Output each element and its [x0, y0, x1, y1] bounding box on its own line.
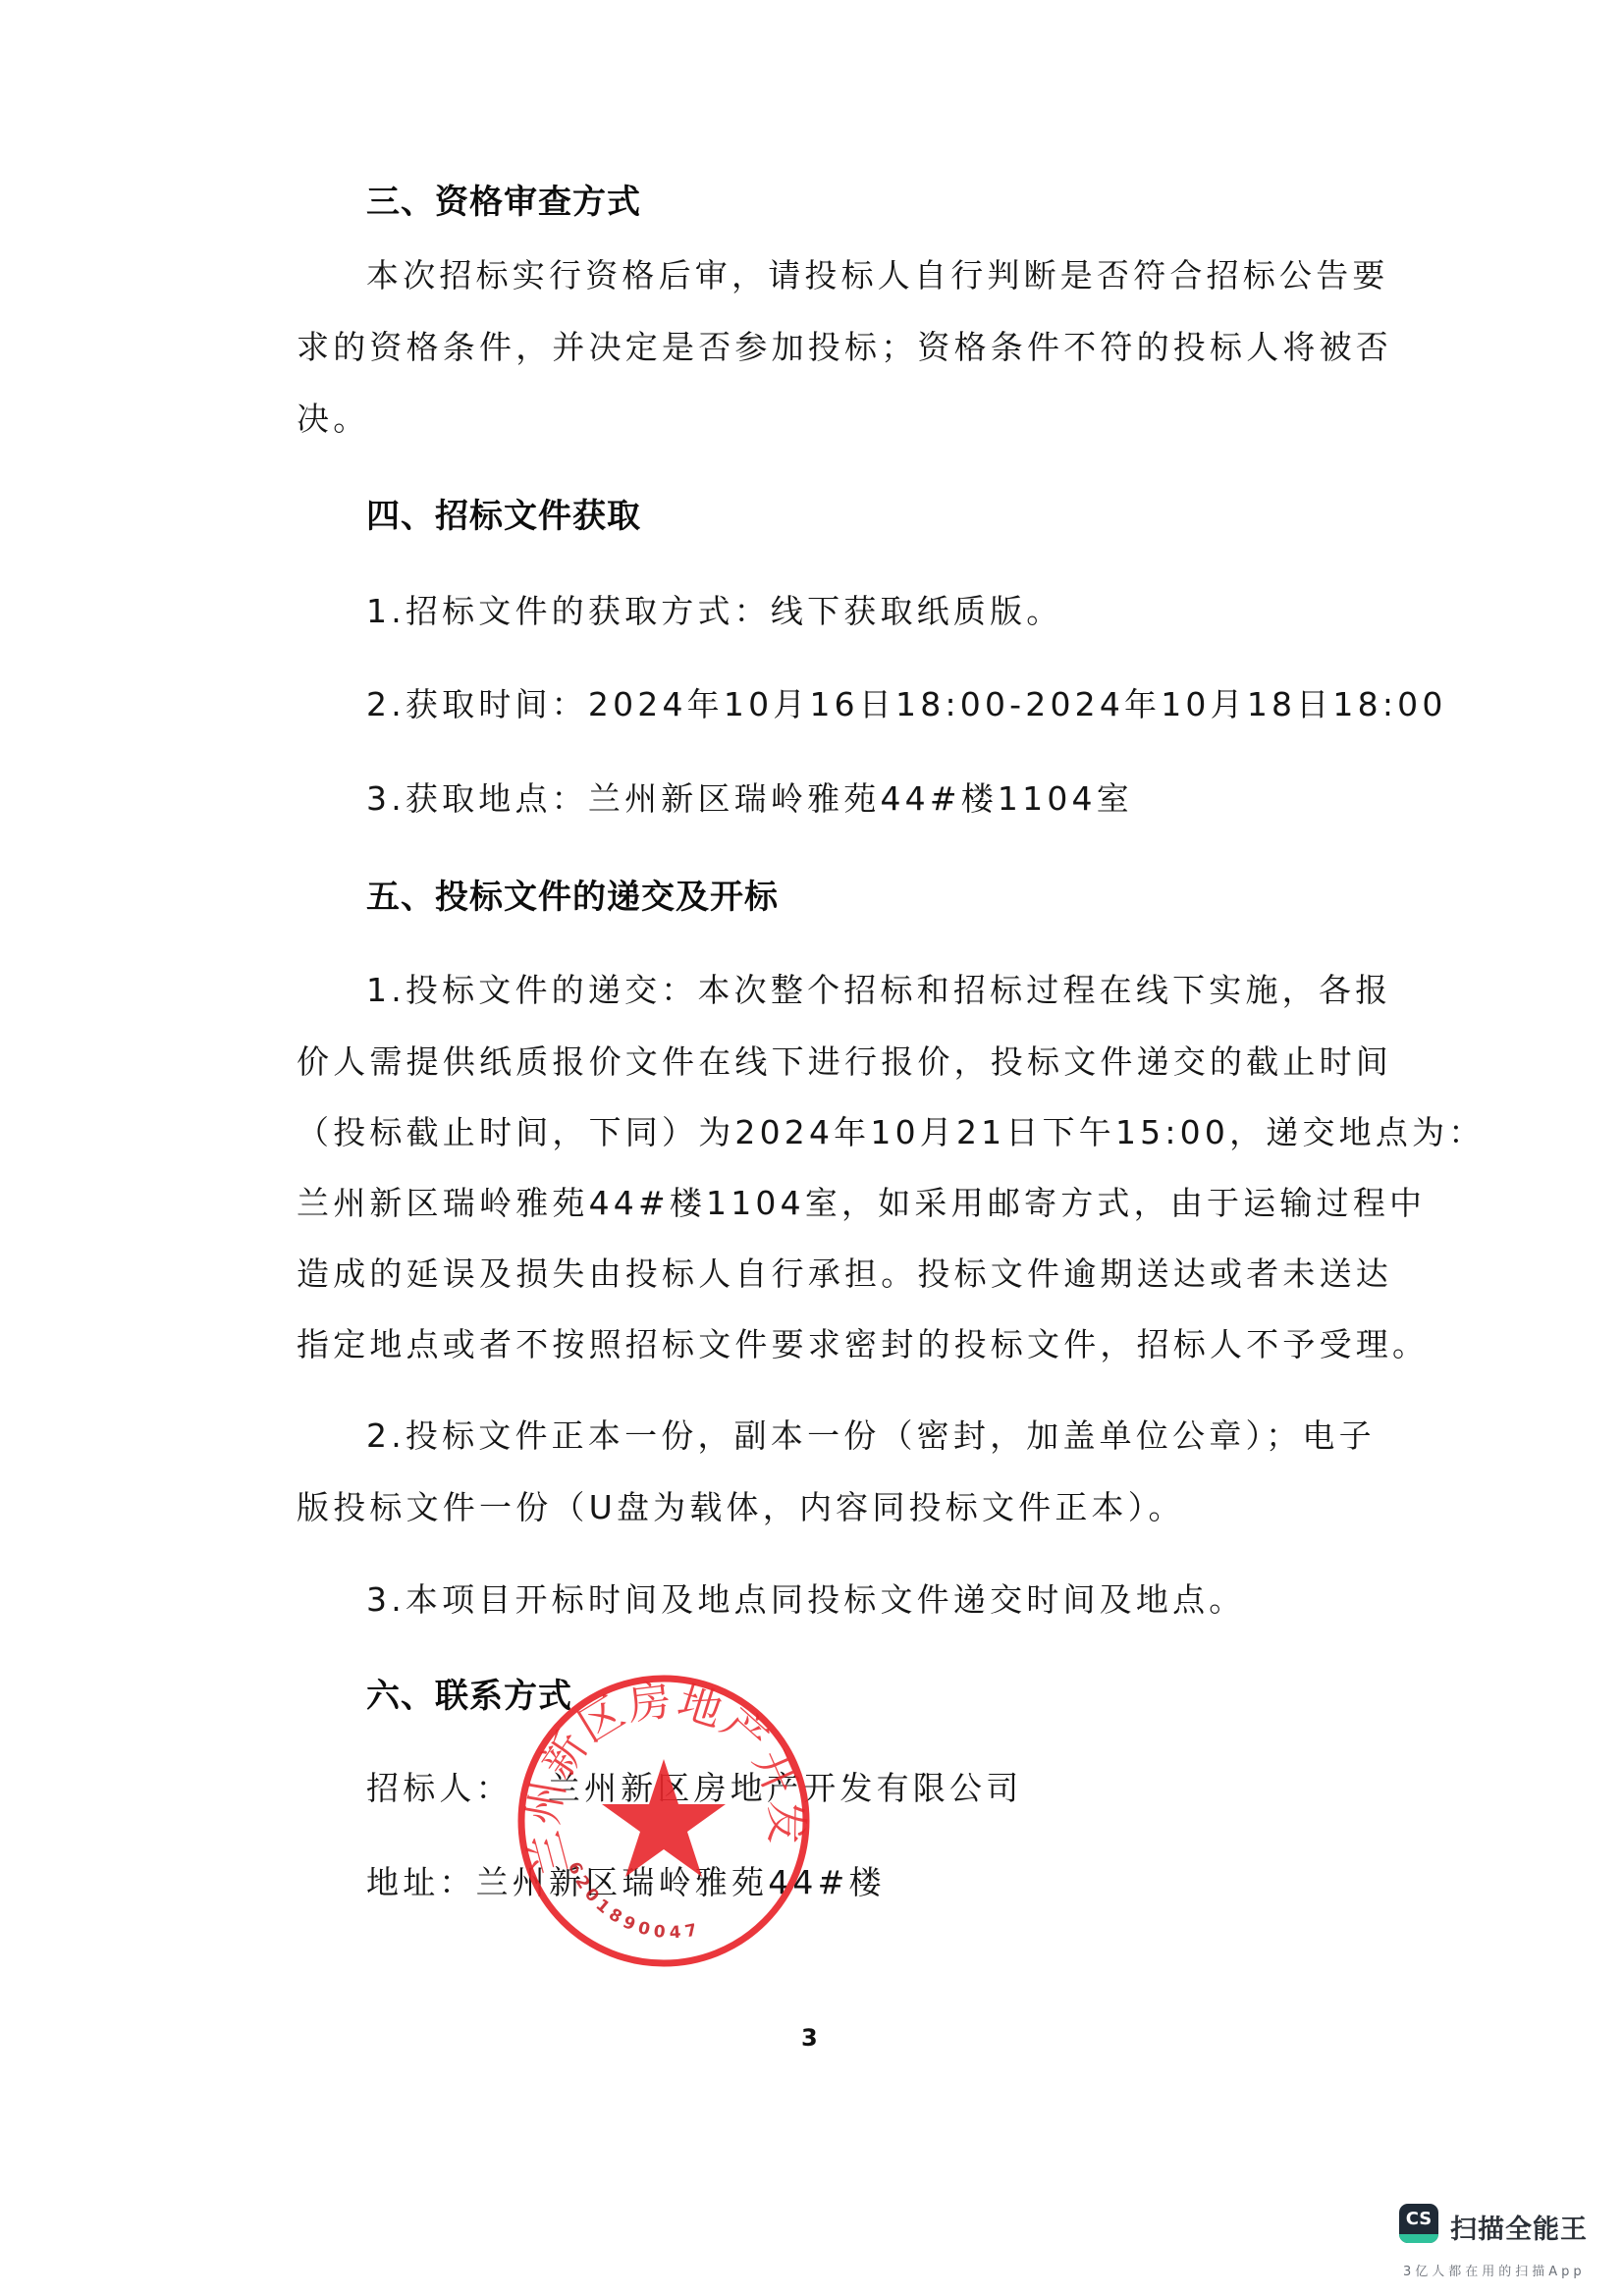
paragraph-line: 价人需提供纸质报价文件在线下进行报价，投标文件递交的截止时间 — [297, 1037, 1392, 1083]
list-item: 1.招标文件的获取方式：线下获取纸质版。 — [366, 586, 1063, 632]
paragraph-line: 版投标文件一份（U盘为载体，内容同投标文件正本）。 — [297, 1482, 1185, 1528]
section-heading-bid-document-acquisition: 四、招标文件获取 — [366, 489, 641, 537]
contact-label: 招标人： — [366, 1769, 513, 1807]
contact-value: 兰州新区瑞岭雅苑44#楼 — [476, 1863, 886, 1901]
paragraph-line: 求的资格条件，并决定是否参加投标；资格条件不符的投标人将被否 — [297, 322, 1392, 368]
paragraph-line: 2.投标文件正本一份，副本一份（密封，加盖单位公章）；电子 — [366, 1411, 1376, 1457]
seal-rim-text: 兰州新区房地产开发有限公司 — [489, 1629, 811, 1881]
paragraph-line: 兰州新区瑞岭雅苑44#楼1104室，如采用邮寄方式，由于运输过程中 — [297, 1178, 1426, 1224]
section-heading-bid-submission-opening: 五、投标文件的递交及开标 — [366, 870, 779, 918]
contact-tenderer: 招标人：兰州新区房地产开发有限公司 — [366, 1763, 1022, 1809]
paragraph-line: 造成的延误及损失由投标人自行承担。投标文件逾期送达或者未送达 — [297, 1249, 1392, 1295]
list-item: 2.获取时间：2024年10月16日18:00-2024年10月18日18:00 — [366, 679, 1447, 725]
section-heading-qualification-review: 三、资格审查方式 — [366, 175, 641, 223]
paragraph-line: 指定地点或者不按照招标文件要求密封的投标文件，招标人不予受理。 — [297, 1319, 1429, 1365]
paragraph-line: 本次招标实行资格后审，请投标人自行判断是否符合招标公告要 — [366, 250, 1389, 296]
contact-label: 地址： — [366, 1863, 476, 1901]
contact-value: 兰州新区房地产开发有限公司 — [548, 1769, 1023, 1807]
contact-address: 地址：兰州新区瑞岭雅苑44#楼 — [366, 1857, 886, 1903]
watermark-subtitle: 3亿人都在用的扫描App — [1403, 2261, 1586, 2279]
paragraph-line: 1.投标文件的递交：本次整个招标和招标过程在线下实施，各报 — [366, 965, 1391, 1011]
document-page: 三、资格审查方式 本次招标实行资格后审，请投标人自行判断是否符合招标公告要 求的… — [0, 0, 1623, 2296]
svg-text:兰州新区房地产开发有限公司: 兰州新区房地产开发有限公司 — [489, 1629, 811, 1881]
list-item: 3.获取地点：兰州新区瑞岭雅苑44#楼1104室 — [366, 774, 1133, 820]
paragraph-line: 决。 — [297, 394, 369, 440]
page-number: 3 — [801, 2024, 818, 2052]
camscanner-logo-icon: CS — [1399, 2204, 1438, 2243]
paragraph-line: （投标截止时间，下同）为2024年10月21日下午15:00，递交地点为： — [297, 1107, 1485, 1153]
watermark-title: 扫描全能王 — [1450, 2208, 1588, 2246]
paragraph-line: 3.本项目开标时间及地点同投标文件递交时间及地点。 — [366, 1575, 1246, 1621]
section-heading-contact: 六、联系方式 — [366, 1669, 572, 1717]
scanner-watermark: CS 扫描全能王 3亿人都在用的扫描App — [1399, 2204, 1615, 2292]
